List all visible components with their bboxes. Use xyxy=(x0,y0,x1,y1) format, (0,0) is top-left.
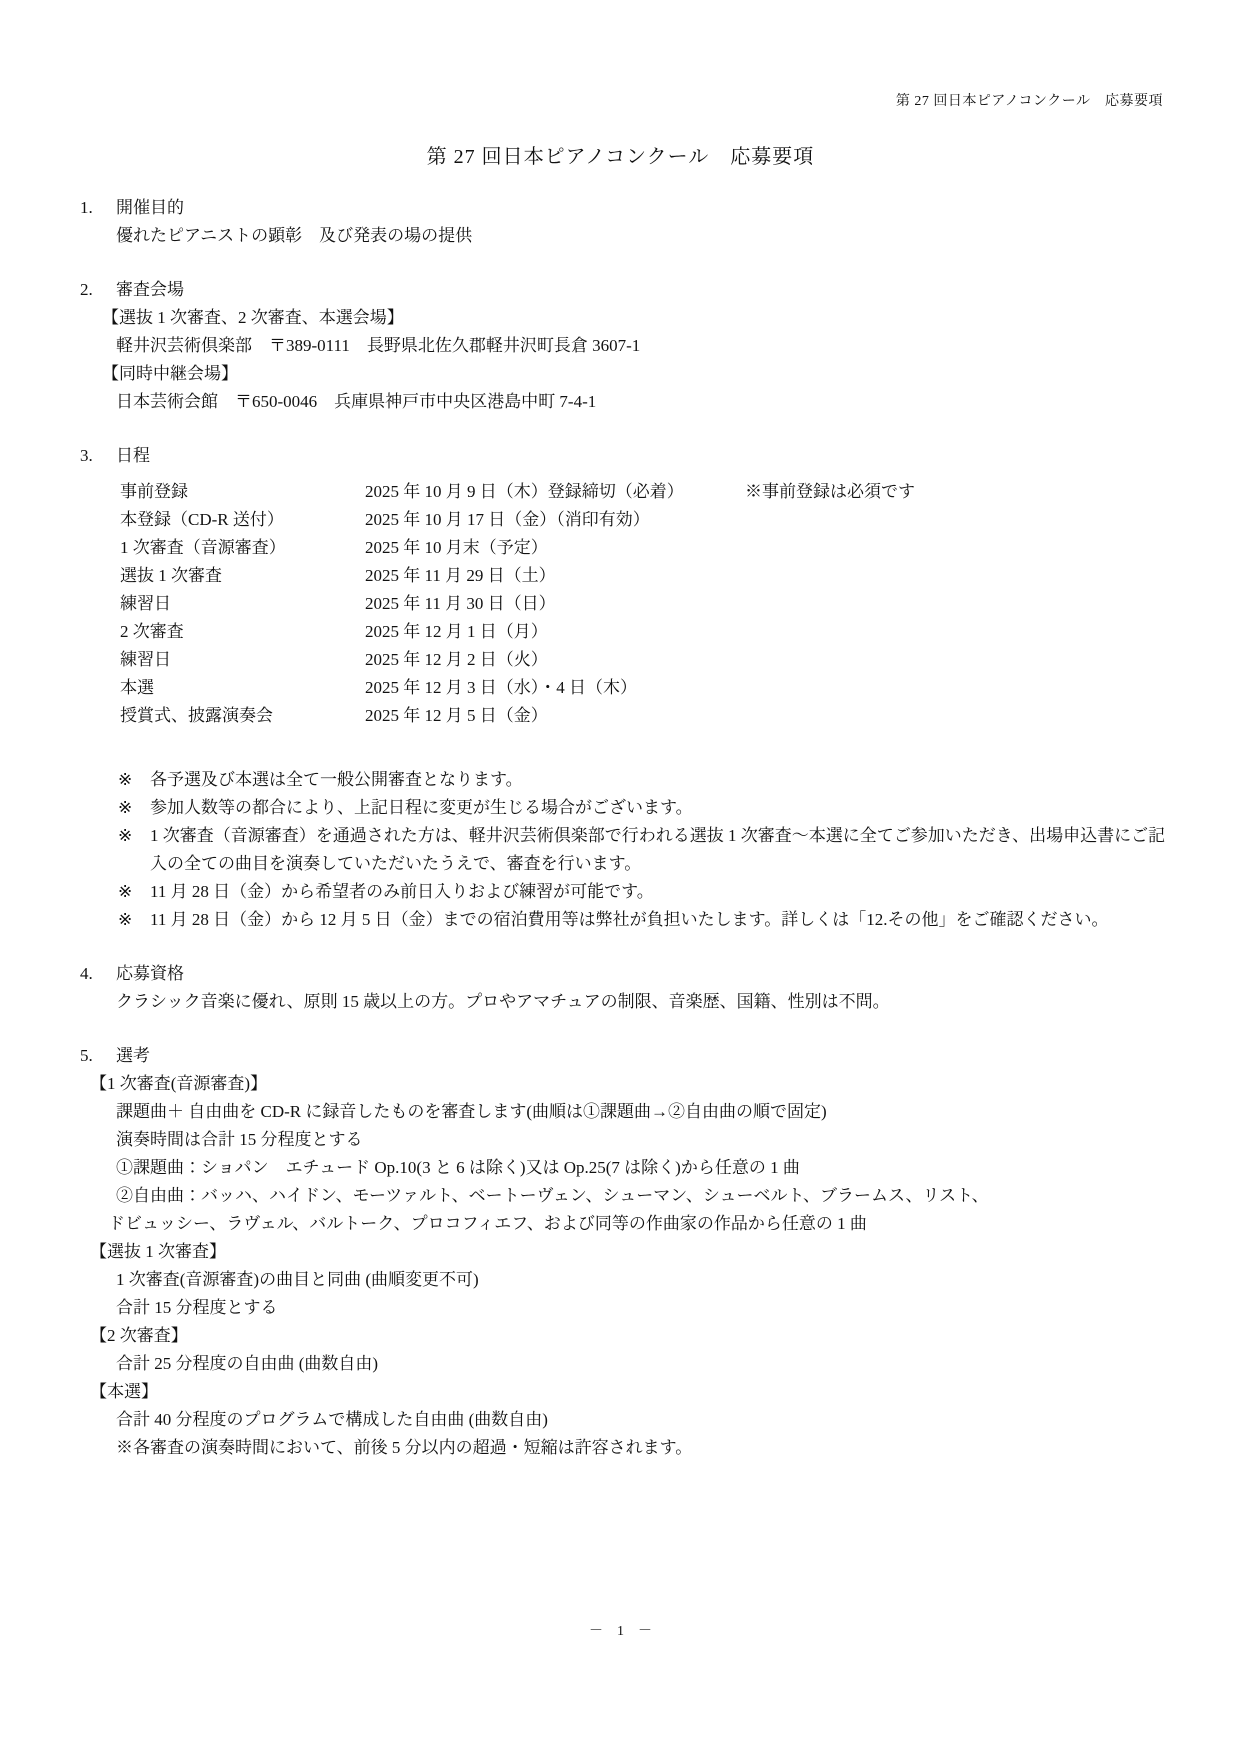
schedule-event: 本選 xyxy=(120,674,365,702)
selection-detail-line: ※各審査の演奏時間において、前後 5 分以内の超過・短縮は許容されます。 xyxy=(116,1434,1171,1462)
section-heading-text: 開催目的 xyxy=(116,194,184,222)
section-schedule: 3. 日程 事前登録 2025 年 10 月 9 日（木）登録締切（必着） ※事… xyxy=(80,442,1171,934)
selection-stage-label: 【選抜 1 次審査】 xyxy=(90,1238,1171,1266)
section-heading-text: 審査会場 xyxy=(116,276,184,304)
schedule-event: 授賞式、披露演奏会 xyxy=(120,702,365,730)
schedule-event: 2 次審査 xyxy=(120,618,365,646)
section-heading: 3. 日程 xyxy=(80,442,1171,470)
section-eligibility: 4. 応募資格 クラシック音楽に優れ、原則 15 歳以上の方。プロやアマチュアの… xyxy=(80,960,1171,1016)
selection-detail-line: 1 次審査(音源審査)の曲目と同曲 (曲順変更不可) xyxy=(116,1266,1171,1294)
schedule-row: 練習日 2025 年 11 月 30 日（日） xyxy=(120,590,1171,618)
schedule-event: 事前登録 xyxy=(120,478,365,506)
note-text: 参加人数等の都合により、上記日程に変更が生じる場合がございます。 xyxy=(150,794,1171,822)
section-heading-text: 選考 xyxy=(116,1042,150,1070)
schedule-remark xyxy=(745,534,1171,562)
schedule-row: 本登録（CD-R 送付） 2025 年 10 月 17 日（金）（消印有効） xyxy=(120,506,1171,534)
note-marker: ※ xyxy=(118,822,150,878)
note-marker: ※ xyxy=(118,906,150,934)
schedule-date: 2025 年 10 月末（予定） xyxy=(365,534,745,562)
section-venues: 2. 審査会場 【選抜 1 次審査、2 次審査、本選会場】 軽井沢芸術倶楽部 〒… xyxy=(80,276,1171,416)
section-heading: 1. 開催目的 xyxy=(80,194,1171,222)
venue-address-line: 軽井沢芸術倶楽部 〒389-0111 長野県北佐久郡軽井沢町長倉 3607-1 xyxy=(116,332,1171,360)
selection-detail-line: 課題曲＋ 自由曲を CD-R に録音したものを審査します(曲順は①課題曲→②自由… xyxy=(116,1098,1171,1126)
section-heading: 2. 審査会場 xyxy=(80,276,1171,304)
note-marker: ※ xyxy=(118,878,150,906)
note-text: 各予選及び本選は全て一般公開審査となります。 xyxy=(150,766,1171,794)
schedule-date: 2025 年 11 月 30 日（日） xyxy=(365,590,745,618)
schedule-date: 2025 年 12 月 2 日（火） xyxy=(365,646,745,674)
schedule-date: 2025 年 10 月 17 日（金）（消印有効） xyxy=(365,506,745,534)
section-purpose: 1. 開催目的 優れたピアニストの顕彰 及び発表の場の提供 xyxy=(80,194,1171,250)
selection-detail-line: ①課題曲：ショパン エチュード Op.10(3 と 6 は除く)又は Op.25… xyxy=(116,1154,1171,1182)
note-item: ※ 11 月 28 日（金）から希望者のみ前日入りおよび練習が可能です。 xyxy=(118,878,1171,906)
page-number: － 1 － xyxy=(0,1620,1241,1640)
schedule-event: 選抜 1 次審査 xyxy=(120,562,365,590)
section-number: 4. xyxy=(80,960,116,988)
schedule-date: 2025 年 11 月 29 日（土） xyxy=(365,562,745,590)
selection-detail-line: ②自由曲：バッハ、ハイドン、モーツァルト、ベートーヴェン、シューマン、シューベル… xyxy=(116,1182,1171,1210)
section-number: 3. xyxy=(80,442,116,470)
schedule-date: 2025 年 10 月 9 日（木）登録締切（必着） xyxy=(365,478,745,506)
venue-category-label: 【選抜 1 次審査、2 次審査、本選会場】 xyxy=(102,304,1171,332)
venue-category-label: 【同時中継会場】 xyxy=(102,360,1171,388)
schedule-row: 選抜 1 次審査 2025 年 11 月 29 日（土） xyxy=(120,562,1171,590)
schedule-remark xyxy=(745,618,1171,646)
schedule-remark xyxy=(745,646,1171,674)
note-item: ※ 1 次審査（音源審査）を通過された方は、軽井沢芸術倶楽部で行われる選抜 1 … xyxy=(118,822,1171,878)
schedule-event: 本登録（CD-R 送付） xyxy=(120,506,365,534)
note-marker: ※ xyxy=(118,766,150,794)
schedule-event: 練習日 xyxy=(120,590,365,618)
selection-detail-line: 合計 25 分程度の自由曲 (曲数自由) xyxy=(116,1350,1171,1378)
schedule-remark xyxy=(745,506,1171,534)
venue-address-line: 日本芸術会館 〒650-0046 兵庫県神戸市中央区港島中町 7-4-1 xyxy=(116,388,1171,416)
selection-stage-label: 【本選】 xyxy=(90,1378,1171,1406)
section-body-line: クラシック音楽に優れ、原則 15 歳以上の方。プロやアマチュアの制限、音楽歴、国… xyxy=(116,988,1171,1016)
schedule-row: 2 次審査 2025 年 12 月 1 日（月） xyxy=(120,618,1171,646)
schedule-remark xyxy=(745,702,1171,730)
schedule-date: 2025 年 12 月 1 日（月） xyxy=(365,618,745,646)
selection-detail-line: 演奏時間は合計 15 分程度とする xyxy=(116,1126,1171,1154)
section-body-line: 優れたピアニストの顕彰 及び発表の場の提供 xyxy=(116,222,1171,250)
schedule-remark xyxy=(745,590,1171,618)
schedule-notes: ※ 各予選及び本選は全て一般公開審査となります。 ※ 参加人数等の都合により、上… xyxy=(118,766,1171,934)
section-heading-text: 日程 xyxy=(116,442,150,470)
selection-detail-continuation: ドビュッシー、ラヴェル、バルトーク、プロコフィエフ、および同等の作曲家の作品から… xyxy=(108,1210,1171,1238)
schedule-event: 1 次審査（音源審査） xyxy=(120,534,365,562)
note-text: 11 月 28 日（金）から 12 月 5 日（金）までの宿泊費用等は弊社が負担… xyxy=(150,906,1171,934)
schedule-date: 2025 年 12 月 3 日（水）・4 日（木） xyxy=(365,674,745,702)
schedule-remark xyxy=(745,562,1171,590)
selection-stage-label: 【1 次審査(音源審査)】 xyxy=(90,1070,1171,1098)
schedule-date: 2025 年 12 月 5 日（金） xyxy=(365,702,745,730)
schedule-row: 本選 2025 年 12 月 3 日（水）・4 日（木） xyxy=(120,674,1171,702)
document-content: 1. 開催目的 優れたピアニストの顕彰 及び発表の場の提供 2. 審査会場 【選… xyxy=(80,194,1171,1462)
section-heading: 4. 応募資格 xyxy=(80,960,1171,988)
note-item: ※ 11 月 28 日（金）から 12 月 5 日（金）までの宿泊費用等は弊社が… xyxy=(118,906,1171,934)
selection-stage-label: 【2 次審査】 xyxy=(90,1322,1171,1350)
schedule-row: 1 次審査（音源審査） 2025 年 10 月末（予定） xyxy=(120,534,1171,562)
section-heading-text: 応募資格 xyxy=(116,960,184,988)
schedule-row: 練習日 2025 年 12 月 2 日（火） xyxy=(120,646,1171,674)
note-text: 11 月 28 日（金）から希望者のみ前日入りおよび練習が可能です。 xyxy=(150,878,1171,906)
selection-detail-line: 合計 40 分程度のプログラムで構成した自由曲 (曲数自由) xyxy=(116,1406,1171,1434)
schedule-row: 事前登録 2025 年 10 月 9 日（木）登録締切（必着） ※事前登録は必須… xyxy=(120,478,1171,506)
schedule-event: 練習日 xyxy=(120,646,365,674)
section-number: 2. xyxy=(80,276,116,304)
section-selection: 5. 選考 【1 次審査(音源審査)】 課題曲＋ 自由曲を CD-R に録音した… xyxy=(80,1042,1171,1462)
note-item: ※ 各予選及び本選は全て一般公開審査となります。 xyxy=(118,766,1171,794)
schedule-remark xyxy=(745,674,1171,702)
note-item: ※ 参加人数等の都合により、上記日程に変更が生じる場合がございます。 xyxy=(118,794,1171,822)
schedule-table: 事前登録 2025 年 10 月 9 日（木）登録締切（必着） ※事前登録は必須… xyxy=(120,478,1171,730)
page-header-running-title: 第 27 回日本ピアノコンクール 応募要項 xyxy=(896,90,1163,110)
selection-detail-line: 合計 15 分程度とする xyxy=(116,1294,1171,1322)
document-title: 第 27 回日本ピアノコンクール 応募要項 xyxy=(0,140,1241,169)
note-marker: ※ xyxy=(118,794,150,822)
schedule-row: 授賞式、披露演奏会 2025 年 12 月 5 日（金） xyxy=(120,702,1171,730)
section-heading: 5. 選考 xyxy=(80,1042,1171,1070)
section-number: 1. xyxy=(80,194,116,222)
note-text: 1 次審査（音源審査）を通過された方は、軽井沢芸術倶楽部で行われる選抜 1 次審… xyxy=(150,822,1171,878)
schedule-remark: ※事前登録は必須です xyxy=(745,478,1171,506)
section-number: 5. xyxy=(80,1042,116,1070)
